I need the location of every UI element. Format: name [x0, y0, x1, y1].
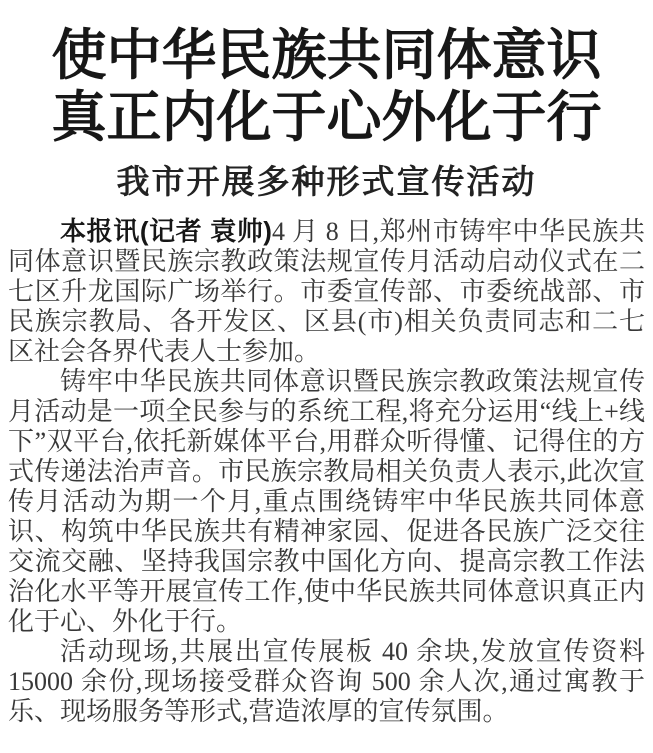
paragraph-1: 本报讯(记者 袁帅)4 月 8 日,郑州市铸牢中华民族共同体意识暨民族宗教政策法…: [8, 216, 645, 367]
lead-in: 本报讯: [60, 216, 140, 246]
paragraph-3: 活动现场,共展出宣传展板 40 余块,发放宣传资料 15000 余份,现场接受群…: [8, 637, 645, 727]
article-body: 本报讯(记者 袁帅)4 月 8 日,郑州市铸牢中华民族共同体意识暨民族宗教政策法…: [8, 216, 645, 727]
paragraph-2: 铸牢中华民族共同体意识暨民族宗教政策法规宣传月活动是一项全民参与的系统工程,将充…: [8, 367, 645, 637]
headline: 使中华民族共同体意识 真正内化于心外化于行: [8, 24, 645, 148]
headline-line-1: 使中华民族共同体意识: [8, 24, 645, 86]
newspaper-clipping: 使中华民族共同体意识 真正内化于心外化于行 我市开展多种形式宣传活动 本报讯(记…: [0, 0, 653, 753]
byline: (记者 袁帅): [140, 216, 272, 246]
subheadline: 我市开展多种形式宣传活动: [8, 162, 645, 202]
headline-line-2: 真正内化于心外化于行: [8, 86, 645, 148]
